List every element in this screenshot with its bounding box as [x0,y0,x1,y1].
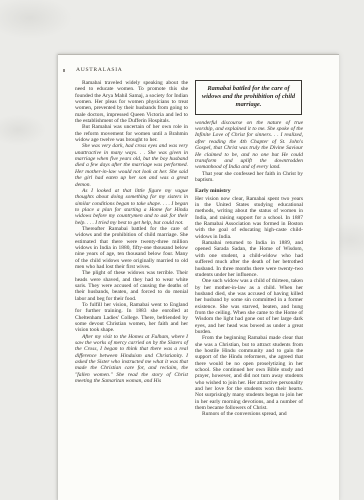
pull-quote-text: Ramabai battled for the care of widows a… [201,85,296,109]
paragraph: Her vision now clear, Ramabai spent two … [195,196,303,240]
section-label: AUSTRALASIA [76,67,123,73]
block-quote-paragraph: As I looked at that little figure my vag… [75,188,188,226]
paragraph: Ramabai traveled widely speaking about t… [75,80,188,124]
paragraph: But Ramabai was uncertain of her own rol… [75,124,188,143]
block-quote-paragraph: After my visit to the Homes at Fulham, w… [75,334,188,385]
book-page: AUSTRALASIA Ramabai traveled widely spea… [58,54,339,500]
paragraph: Thereafter Ramabai battled for the care … [75,226,188,270]
block-quote-paragraph: She was very dark, had cross eyes and wa… [75,143,188,187]
paragraph: One such widow was a child of thirteen, … [195,278,303,335]
paragraph: To fulfill her vision, Ramabai went to E… [75,302,188,334]
paragraph: That year she confessed her faith in Chr… [195,171,303,184]
running-header: AUSTRALASIA [75,66,320,74]
paragraph: From the beginning Ramabai made clear th… [195,335,303,411]
pull-quote-box: Ramabai battled for the care of widows a… [195,80,302,115]
paragraph: Rumors of the conversions spread, and [195,411,303,417]
left-column: Ramabai traveled widely speaking about t… [75,80,188,418]
page-number-mark [63,69,65,72]
page-content: AUSTRALASIA Ramabai traveled widely spea… [58,55,320,418]
section-subheading: Early ministry [195,188,303,195]
right-column: Ramabai battled for the care of widows a… [195,80,303,418]
paragraph: Ramabai returned to India in 1889, and o… [195,240,303,278]
paragraph: The plight of these widows was terrible.… [75,270,188,302]
scanned-book-page: { "header": { "section_label": "AUSTRALA… [0,0,364,500]
two-column-text: Ramabai traveled widely speaking about t… [75,80,320,418]
block-quote-paragraph: wonderful discourse on the nature of tru… [195,120,303,171]
